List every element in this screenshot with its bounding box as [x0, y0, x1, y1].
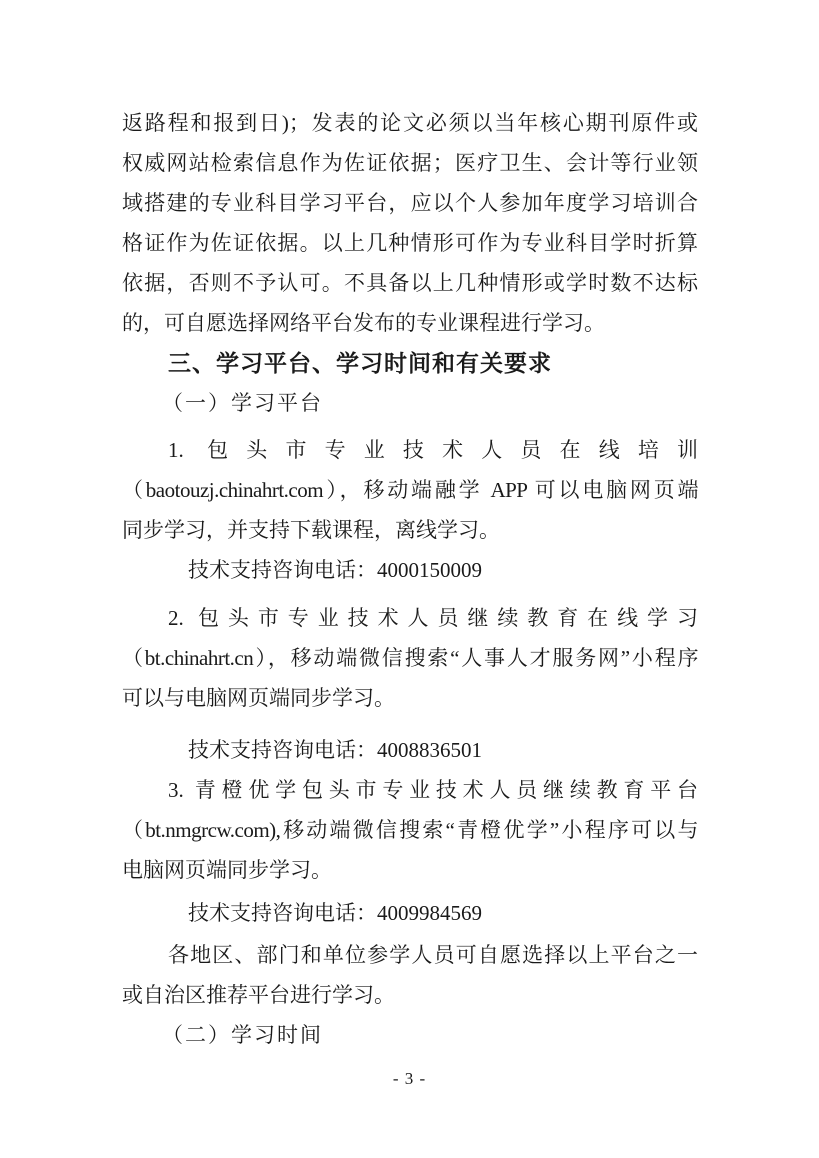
platform-2-line-3: 可以与电脑网页端同步学习。 [122, 678, 698, 718]
intro-line-6: 的，可自愿选择网络平台发布的专业课程进行学习。 [122, 303, 698, 343]
intro-line-3: 域搭建的专业科目学习平台，应以个人参加年度学习培训合 [122, 183, 698, 223]
intro-line-2: 权威网站检索信息作为佐证依据；医疗卫生、会计等行业领 [122, 143, 698, 183]
subsection-2-heading: （二）学习时间 [122, 1015, 698, 1055]
platform-3-line-3: 电脑网页端同步学习。 [122, 850, 698, 890]
platform-2-phone-line: 技术支持咨询电话：4008836501 [122, 730, 698, 770]
page-number: - 3 - [0, 1064, 819, 1094]
intro-line-5: 依据，否则不予认可。不具备以上几种情形或学时数不达标 [122, 263, 698, 303]
closing-line-1: 各地区、部门和单位参学人员可自愿选择以上平台之一 [122, 935, 698, 975]
platform-1-phone-line: 技术支持咨询电话：4000150009 [122, 550, 698, 590]
document-page: 返路程和报到日)；发表的论文必须以当年核心期刊原件或 权威网站检索信息作为佐证依… [0, 0, 819, 1158]
platform-1-line-3: 同步学习，并支持下载课程，离线学习。 [122, 510, 698, 550]
intro-line-4: 格证作为佐证依据。以上几种情形可作为专业科目学时折算 [122, 223, 698, 263]
section-heading: 三、学习平台、学习时间和有关要求 [122, 343, 698, 383]
platform-2-line-2: （bt.chinahrt.cn），移动端微信搜索“人事人才服务网”小程序 [122, 638, 698, 678]
platform-3-phone-line: 技术支持咨询电话：4009984569 [122, 893, 698, 933]
closing-line-2: 或自治区推荐平台进行学习。 [122, 975, 698, 1015]
platform-1-line-2: （baotouzj.chinahrt.com），移动端融学 APP 可以电脑网页… [122, 470, 698, 510]
document-text-block: 返路程和报到日)；发表的论文必须以当年核心期刊原件或 权威网站检索信息作为佐证依… [122, 103, 698, 1055]
subsection-1-heading: （一）学习平台 [122, 383, 698, 423]
platform-3-line-2: （bt.nmgrcw.com),移动端微信搜索“青橙优学”小程序可以与 [122, 810, 698, 850]
platform-3-line-1: 3. 青橙优学包头市专业技术人员继续教育平台 [122, 770, 698, 810]
intro-line-1: 返路程和报到日)；发表的论文必须以当年核心期刊原件或 [122, 103, 698, 143]
platform-1-line-1: 1. 包头市专业技术人员在线培训 [122, 430, 698, 470]
platform-2-line-1: 2. 包头市专业技术人员继续教育在线学习 [122, 598, 698, 638]
